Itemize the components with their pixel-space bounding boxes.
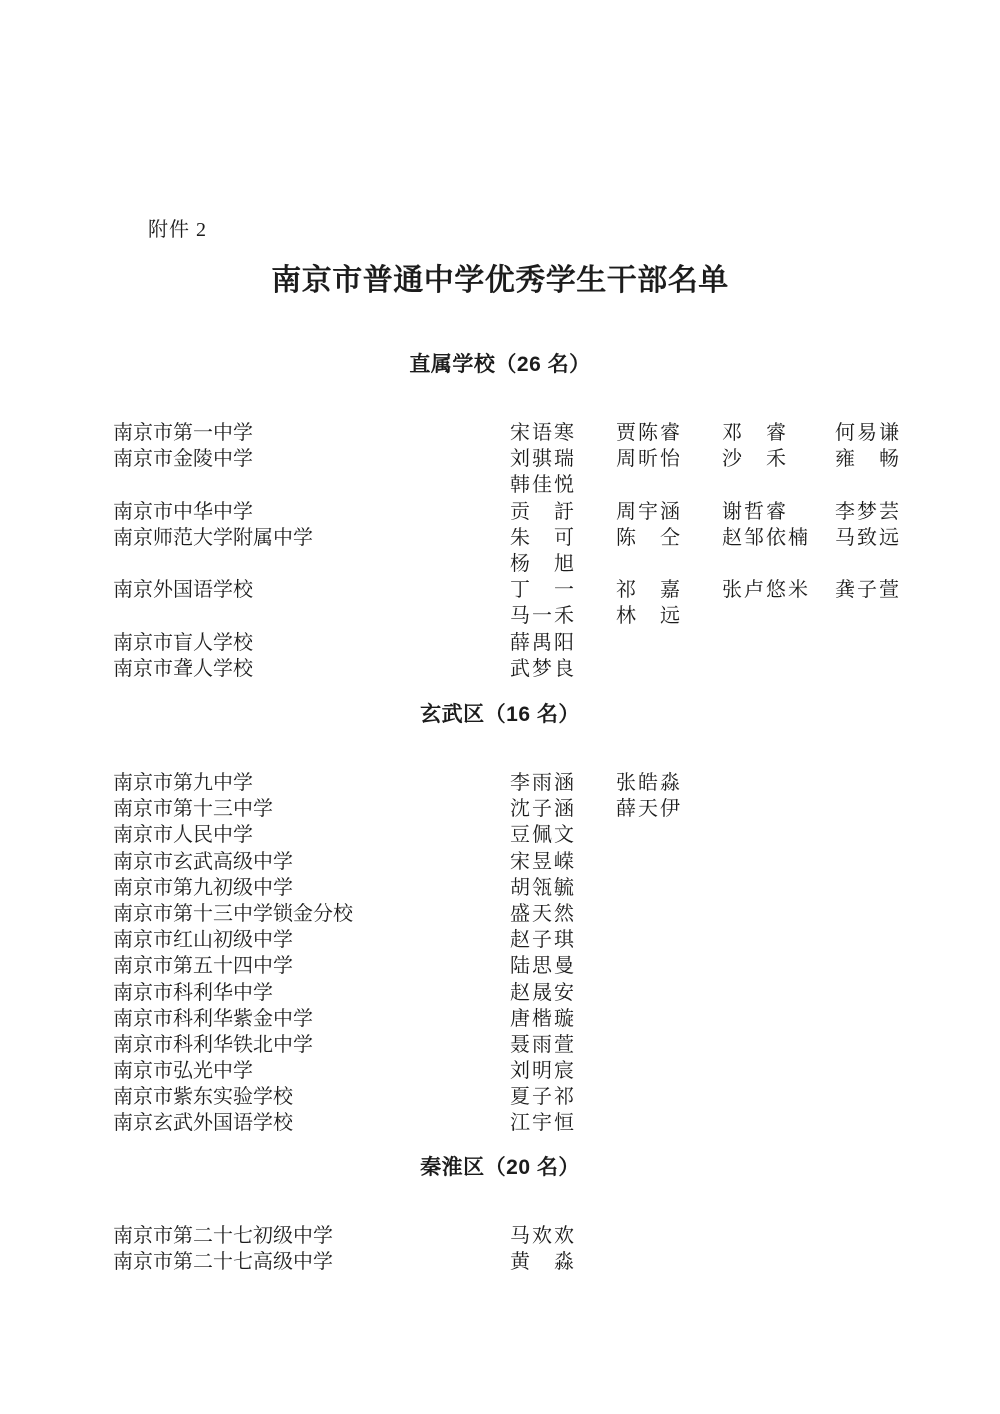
- student-name: 马欢欢: [510, 1223, 616, 1249]
- roster-rows: 南京市第一中学 宋语寒贾陈睿邓 睿何易谦 南京市金陵中学 刘骐瑞周昕怡沙 禾雍 …: [113, 420, 905, 682]
- roster-row: 南京市科利华紫金中学 唐楷璇: [113, 1006, 905, 1032]
- student-name: 盛天然: [510, 901, 616, 927]
- roster-row: 南京市中华中学 贡 訏周宇涵谢哲睿李梦芸: [113, 499, 905, 525]
- roster-row: 马一禾林 远: [113, 603, 905, 629]
- roster-row: 南京市盲人学校 薛禺阳: [113, 630, 905, 656]
- student-name: 陆思曼: [510, 953, 616, 979]
- student-name: 黄 淼: [510, 1249, 616, 1275]
- student-name: 贡 訏: [510, 499, 616, 525]
- student-name: 胡瓴毓: [510, 875, 616, 901]
- roster-row: 南京市第十三中学 沈子涵薛天伊: [113, 796, 905, 822]
- roster-row: 韩佳悦: [113, 472, 905, 498]
- roster-rows: 南京市第二十七初级中学 马欢欢 南京市第二十七高级中学 黄 淼: [113, 1223, 905, 1275]
- student-name: 沙 禾: [722, 446, 835, 472]
- student-name: 豆佩文: [510, 822, 616, 848]
- roster-row: 南京市红山初级中学 赵子琪: [113, 927, 905, 953]
- school-name: 南京市第十三中学: [113, 796, 510, 822]
- roster-row: 南京市第十三中学锁金分校 盛天然: [113, 901, 905, 927]
- roster-section: 秦淮区（20 名） 南京市第二十七初级中学 马欢欢 南京市第二十七高级中学 黄 …: [0, 1155, 1000, 1275]
- roster-row: 南京市第九初级中学 胡瓴毓: [113, 875, 905, 901]
- student-name: 杨 旭: [510, 551, 616, 577]
- school-name: 南京市第九初级中学: [113, 875, 510, 901]
- student-name: 刘明宸: [510, 1058, 616, 1084]
- roster-rows: 南京市第九中学 李雨涵张皓淼 南京市第十三中学 沈子涵薛天伊 南京市人民中学 豆…: [113, 770, 905, 1137]
- section-heading: 秦淮区（20 名）: [0, 1155, 1000, 1181]
- school-name: 南京市第二十七初级中学: [113, 1223, 510, 1249]
- school-name: 南京市第十三中学锁金分校: [113, 901, 510, 927]
- roster-row: 南京市科利华铁北中学 聂雨萱: [113, 1032, 905, 1058]
- student-name: 李雨涵: [510, 770, 616, 796]
- student-name: 李梦芸: [835, 499, 905, 525]
- student-name: 薛禺阳: [510, 630, 616, 656]
- student-name: 马一禾: [510, 603, 616, 629]
- section-heading: 玄武区（16 名）: [0, 702, 1000, 728]
- roster-row: 南京市第二十七初级中学 马欢欢: [113, 1223, 905, 1249]
- roster-row: 南京市人民中学 豆佩文: [113, 822, 905, 848]
- student-name: 沈子涵: [510, 796, 616, 822]
- student-name: 贾陈睿: [616, 420, 722, 446]
- roster-sections: 直属学校（26 名） 南京市第一中学 宋语寒贾陈睿邓 睿何易谦 南京市金陵中学 …: [0, 0, 1000, 1414]
- student-name: 马致远: [835, 525, 905, 551]
- school-name: [113, 551, 510, 577]
- roster-row: 南京市第一中学 宋语寒贾陈睿邓 睿何易谦: [113, 420, 905, 446]
- student-name: 丁 一: [510, 577, 616, 603]
- roster-row: 南京外国语学校 丁 一祁 嘉张卢悠米龚子萱: [113, 577, 905, 603]
- student-name: 聂雨萱: [510, 1032, 616, 1058]
- school-name: 南京市科利华紫金中学: [113, 1006, 510, 1032]
- student-name: 唐楷璇: [510, 1006, 616, 1032]
- student-name: 何易谦: [835, 420, 905, 446]
- student-name: 朱 可: [510, 525, 616, 551]
- school-name: 南京外国语学校: [113, 577, 510, 603]
- school-name: 南京市盲人学校: [113, 630, 510, 656]
- student-name: 邓 睿: [722, 420, 835, 446]
- school-name: 南京市科利华铁北中学: [113, 1032, 510, 1058]
- student-name: 雍 畅: [835, 446, 905, 472]
- school-name: [113, 472, 510, 498]
- school-name: 南京市金陵中学: [113, 446, 510, 472]
- student-name: 龚子萱: [835, 577, 905, 603]
- roster-row: 南京市科利华中学 赵晟安: [113, 980, 905, 1006]
- student-name: 张卢悠米: [722, 577, 835, 603]
- student-name: 赵晟安: [510, 980, 616, 1006]
- roster-row: 南京市弘光中学 刘明宸: [113, 1058, 905, 1084]
- roster-row: 杨 旭: [113, 551, 905, 577]
- school-name: 南京市中华中学: [113, 499, 510, 525]
- student-name: 韩佳悦: [510, 472, 616, 498]
- document-page: 附件 2 南京市普通中学优秀学生干部名单 直属学校（26 名） 南京市第一中学 …: [0, 0, 1000, 1414]
- school-name: 南京市第二十七高级中学: [113, 1249, 510, 1275]
- roster-row: 南京玄武外国语学校 江宇恒: [113, 1110, 905, 1136]
- roster-section: 直属学校（26 名） 南京市第一中学 宋语寒贾陈睿邓 睿何易谦 南京市金陵中学 …: [0, 352, 1000, 682]
- roster-row: 南京市玄武高级中学 宋昱嵘: [113, 849, 905, 875]
- student-name: 林 远: [616, 603, 722, 629]
- roster-row: 南京市金陵中学 刘骐瑞周昕怡沙 禾雍 畅: [113, 446, 905, 472]
- student-name: 赵邹依楠: [722, 525, 835, 551]
- roster-row: 南京市紫东实验学校 夏子祁: [113, 1084, 905, 1110]
- roster-row: 南京市聋人学校 武梦良: [113, 656, 905, 682]
- roster-row: 南京市第五十四中学 陆思曼: [113, 953, 905, 979]
- school-name: 南京市红山初级中学: [113, 927, 510, 953]
- student-name: 江宇恒: [510, 1110, 616, 1136]
- student-name: 武梦良: [510, 656, 616, 682]
- school-name: 南京市第九中学: [113, 770, 510, 796]
- section-heading: 直属学校（26 名）: [0, 352, 1000, 378]
- school-name: 南京市玄武高级中学: [113, 849, 510, 875]
- student-name: 宋昱嵘: [510, 849, 616, 875]
- school-name: [113, 603, 510, 629]
- roster-section: 玄武区（16 名） 南京市第九中学 李雨涵张皓淼 南京市第十三中学 沈子涵薛天伊…: [0, 702, 1000, 1137]
- school-name: 南京市第一中学: [113, 420, 510, 446]
- student-name: 宋语寒: [510, 420, 616, 446]
- student-name: 张皓淼: [616, 770, 722, 796]
- student-name: 刘骐瑞: [510, 446, 616, 472]
- student-name: 谢哲睿: [722, 499, 835, 525]
- roster-row: 南京师范大学附属中学 朱 可陈 仝赵邹依楠马致远: [113, 525, 905, 551]
- student-name: 夏子祁: [510, 1084, 616, 1110]
- student-name: 周宇涵: [616, 499, 722, 525]
- student-name: 祁 嘉: [616, 577, 722, 603]
- student-name: 陈 仝: [616, 525, 722, 551]
- school-name: 南京师范大学附属中学: [113, 525, 510, 551]
- student-name: 周昕怡: [616, 446, 722, 472]
- school-name: 南京市人民中学: [113, 822, 510, 848]
- student-name: 赵子琪: [510, 927, 616, 953]
- school-name: 南京玄武外国语学校: [113, 1110, 510, 1136]
- school-name: 南京市科利华中学: [113, 980, 510, 1006]
- roster-row: 南京市第二十七高级中学 黄 淼: [113, 1249, 905, 1275]
- school-name: 南京市第五十四中学: [113, 953, 510, 979]
- school-name: 南京市紫东实验学校: [113, 1084, 510, 1110]
- school-name: 南京市聋人学校: [113, 656, 510, 682]
- student-name: 薛天伊: [616, 796, 722, 822]
- school-name: 南京市弘光中学: [113, 1058, 510, 1084]
- roster-row: 南京市第九中学 李雨涵张皓淼: [113, 770, 905, 796]
